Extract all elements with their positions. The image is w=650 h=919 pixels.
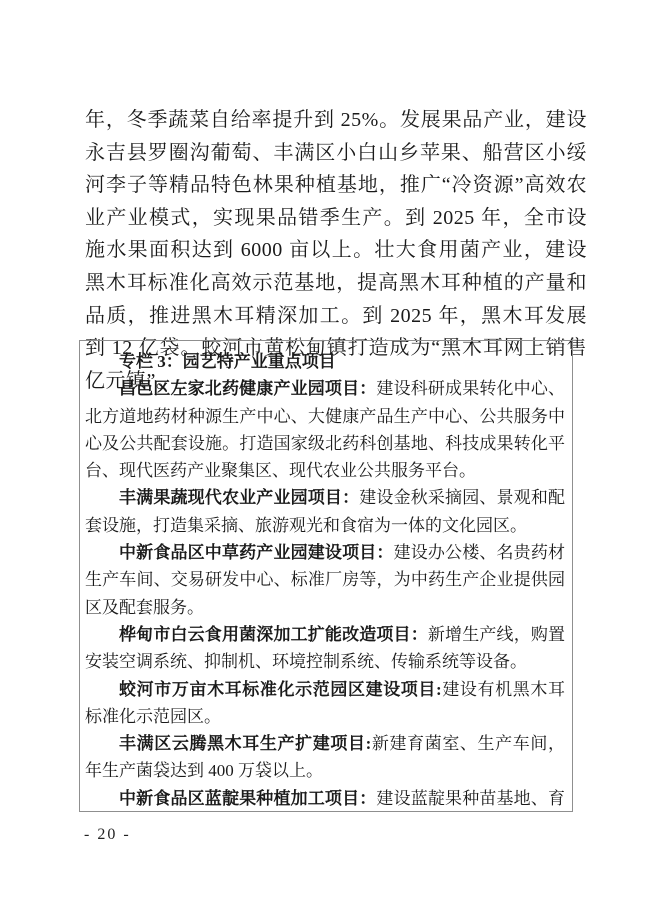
column-box-item: 丰满果蔬现代农业产业园项目：建设金秋采摘园、景观和配套设施，打造集采摘、旅游观光…: [85, 484, 565, 539]
project-title: 蛟河市万亩木耳标准化示范园区建设项目:: [119, 680, 442, 699]
column-box-title: 专栏 3：园艺特产业重点项目: [85, 348, 565, 375]
project-title: 桦甸市白云食用菌深加工扩能改造项目：: [119, 625, 428, 644]
column-box-item: 中新食品区中草药产业园建设项目：建设办公楼、名贵药材生产车间、交易研发中心、标准…: [85, 539, 565, 621]
document-page: 年，冬季蔬菜自给率提升到 25%。发展果品产业，建设永吉县罗圈沟葡萄、丰满区小白…: [0, 0, 650, 919]
column-box: 专栏 3：园艺特产业重点项目 昌邑区左家北药健康产业园项目：建设科研成果转化中心…: [79, 340, 573, 812]
project-title: 昌邑区左家北药健康产业园项目：: [119, 379, 376, 398]
column-box-item: 丰满区云腾黑木耳生产扩建项目:新建育菌室、生产车间，年生产菌袋达到 400 万袋…: [85, 730, 565, 785]
column-box-item: 桦甸市白云食用菌深加工扩能改造项目：新增生产线，购置安装空调系统、抑制机、环境控…: [85, 621, 565, 676]
project-title: 丰满果蔬现代农业产业园项目：: [119, 488, 359, 507]
column-box-item: 中新食品区蓝靛果种植加工项目：建设蓝靛果种苗基地、育苗大棚。种植蓝靛果面积 60…: [85, 785, 565, 812]
column-box-item: 蛟河市万亩木耳标准化示范园区建设项目:建设有机黑木耳标准化示范园区。: [85, 676, 565, 731]
project-title: 中新食品区中草药产业园建设项目：: [119, 543, 394, 562]
column-box-item: 昌邑区左家北药健康产业园项目：建设科研成果转化中心、北方道地药材种源生产中心、大…: [85, 375, 565, 484]
project-title: 丰满区云腾黑木耳生产扩建项目:: [119, 734, 371, 753]
page-number: - 20 -: [84, 826, 131, 844]
project-title: 中新食品区蓝靛果种植加工项目：: [119, 789, 376, 808]
